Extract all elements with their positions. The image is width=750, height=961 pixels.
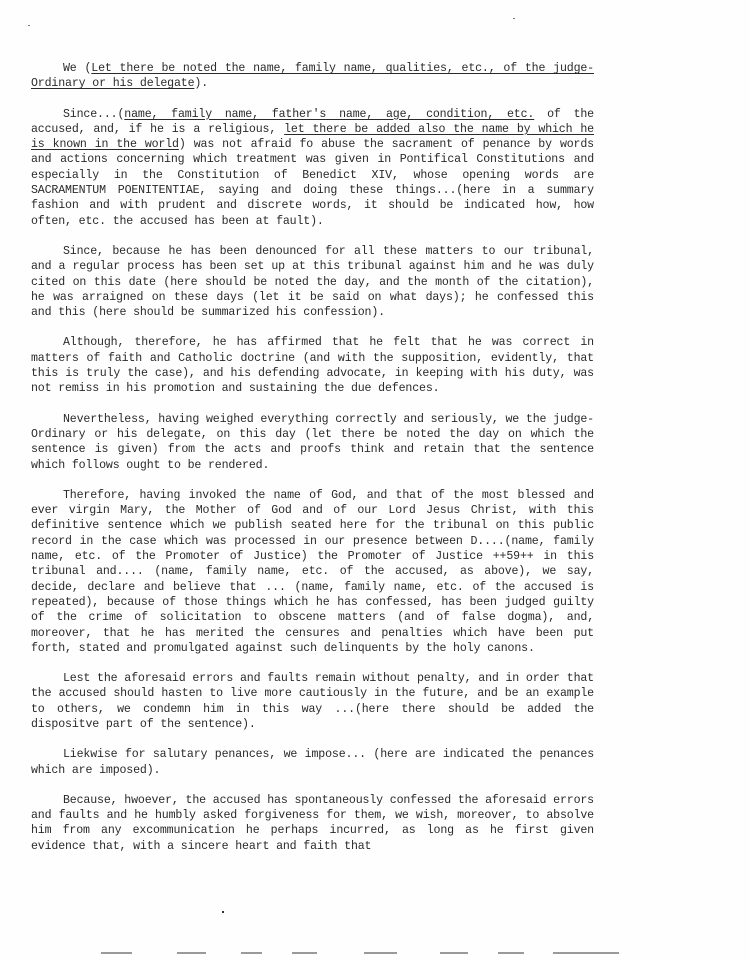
footer-mark — [292, 952, 317, 954]
document-body: We (Let there be noted the name, family … — [31, 0, 594, 854]
footer-mark — [364, 952, 397, 954]
underlined-placeholder-text: name, family name, father's name, age, c… — [124, 108, 534, 121]
scan-speck — [222, 911, 224, 913]
paragraph-denunciation: Since, because he has been denounced for… — [31, 244, 594, 320]
paragraph-text: Because, hwoever, the accused has sponta… — [31, 794, 594, 853]
underlined-placeholder-text: Let there be noted the name, family name… — [31, 62, 594, 90]
paragraph-text: Lest the aforesaid errors and faults rem… — [31, 672, 594, 731]
document-page: We (Let there be noted the name, family … — [0, 0, 750, 961]
paragraph-text: Since...( — [63, 108, 124, 121]
footer-mark — [498, 952, 524, 954]
paragraph-absolution: Because, hwoever, the accused has sponta… — [31, 793, 594, 854]
paragraph-text: ). — [194, 77, 208, 90]
footer-mark — [241, 952, 262, 954]
paragraph-text: Therefore, having invoked the name of Go… — [31, 489, 594, 655]
footer-mark — [101, 952, 132, 954]
footer-mark — [440, 952, 468, 954]
footer-mark — [553, 952, 619, 954]
paragraph-text: Liekwise for salutary penances, we impos… — [31, 748, 594, 776]
paragraph-penances: Liekwise for salutary penances, we impos… — [31, 747, 594, 778]
scan-speck — [28, 25, 30, 26]
paragraph-deliberation: Nevertheless, having weighed everything … — [31, 412, 594, 473]
paragraph-defence: Although, therefore, he has affirmed tha… — [31, 335, 594, 396]
paragraph-condemnation: Lest the aforesaid errors and faults rem… — [31, 671, 594, 732]
paragraph-text: Nevertheless, having weighed everything … — [31, 413, 594, 472]
page-footer-marks — [0, 952, 750, 955]
paragraph-sentence: Therefore, having invoked the name of Go… — [31, 488, 594, 656]
footer-mark — [177, 952, 206, 954]
paragraph-text: Since, because he has been denounced for… — [31, 245, 594, 319]
paragraph-text: ) was not afraid fo abuse the sacrament … — [31, 138, 594, 227]
paragraph-text: We ( — [63, 62, 91, 75]
paragraph-accused-description: Since...(name, family name, father's nam… — [31, 107, 594, 229]
paragraph-text: Although, therefore, he has affirmed tha… — [31, 336, 594, 395]
paragraph-judge-intro: We (Let there be noted the name, family … — [31, 61, 594, 92]
